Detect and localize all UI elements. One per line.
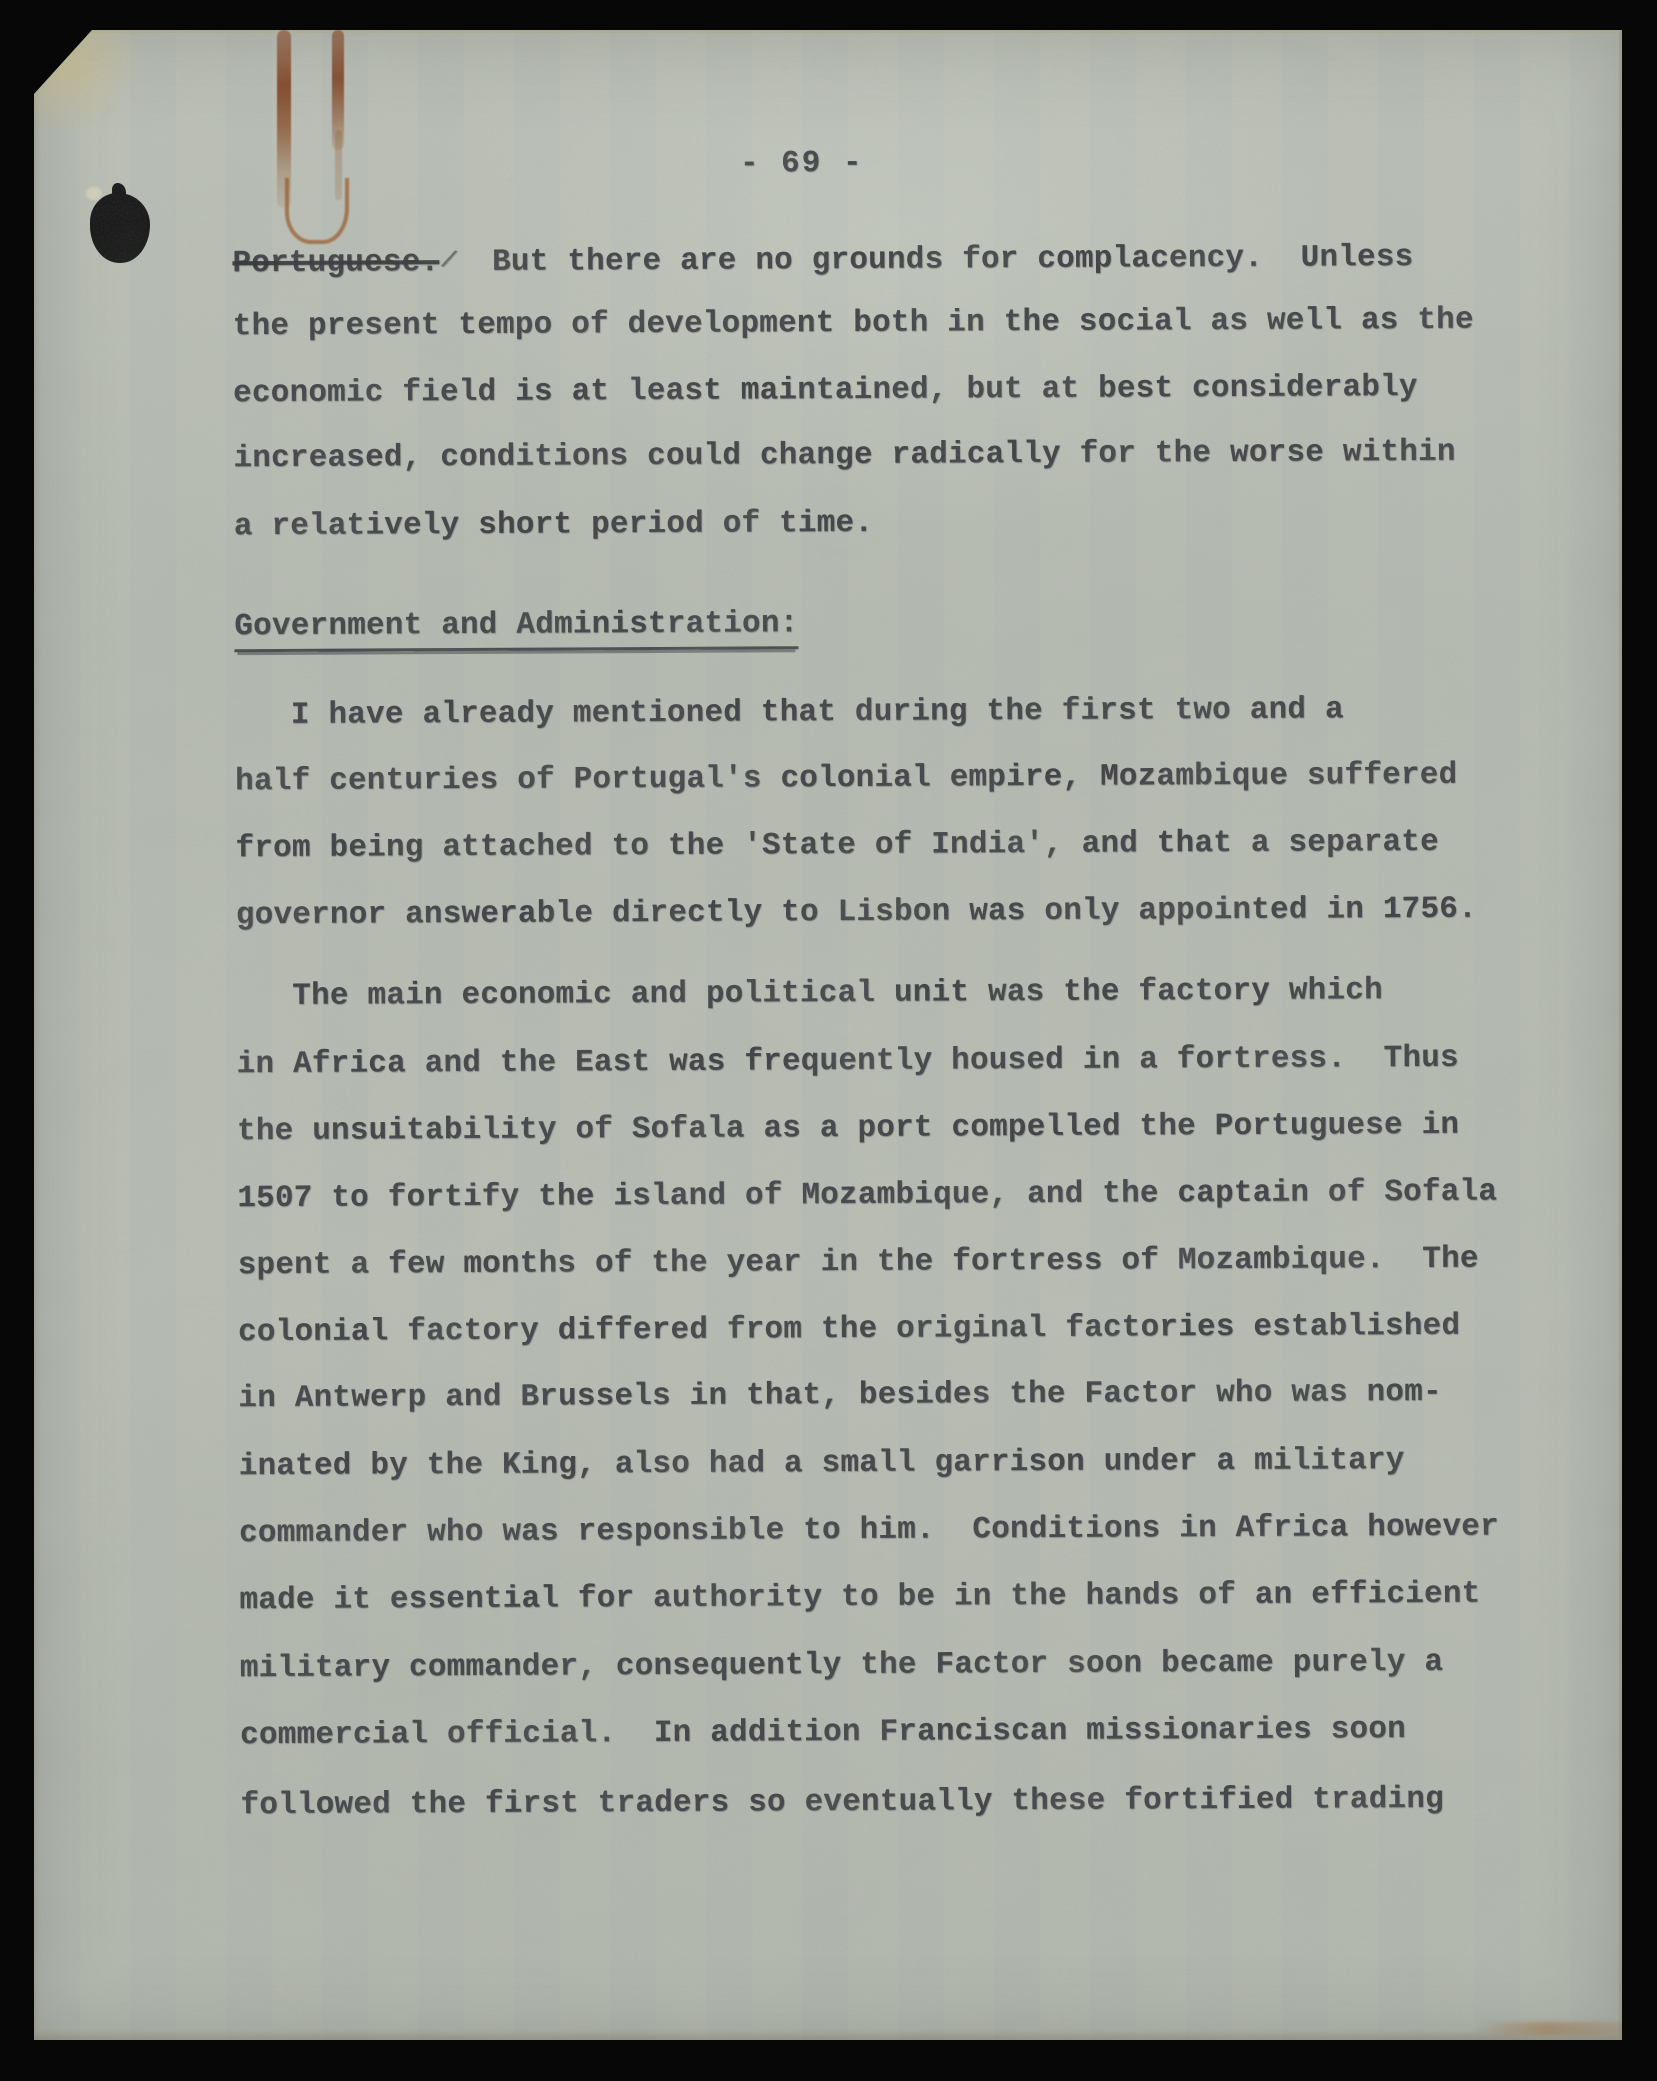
- text-line: spent a few months of the year in the fo…: [238, 1241, 1479, 1285]
- text-segment: military commander, consequently the Fac…: [240, 1645, 1444, 1686]
- document-page: - 69 - Portuguese./ But there are no gro…: [34, 30, 1622, 2040]
- text-segment: in Antwerp and Brussels in that, besides…: [238, 1375, 1442, 1416]
- page-number: - 69 -: [740, 146, 864, 183]
- text-line: colonial factory differed from the origi…: [238, 1308, 1460, 1352]
- text-line: in Africa and the East was frequently ho…: [237, 1040, 1459, 1084]
- text-line: the present tempo of development both in…: [233, 302, 1474, 346]
- text-segment: colonial factory differed from the origi…: [238, 1309, 1460, 1350]
- text-line: the unsuitability of Sofala as a port co…: [237, 1107, 1459, 1151]
- text-line: increased, conditions could change radic…: [233, 434, 1455, 478]
- text-segment: governor answerable directly to Lisbon w…: [236, 892, 1477, 933]
- text-segment: the unsuitability of Sofala as a port co…: [237, 1108, 1459, 1149]
- text-line: a relatively short period of time.: [234, 505, 874, 546]
- scan-background: - 69 - Portuguese./ But there are no gro…: [0, 0, 1657, 2081]
- struck-word: Portuguese.: [232, 245, 439, 281]
- text-line: Portuguese./ But there are no grounds fo…: [232, 239, 1413, 284]
- text-segment: I have already mentioned that during the…: [291, 692, 1344, 733]
- text-segment: from being attached to the 'State of Ind…: [235, 825, 1439, 866]
- text-segment: commander who was responsible to him. Co…: [239, 1510, 1499, 1552]
- text-line: in Antwerp and Brussels in that, besides…: [238, 1374, 1442, 1418]
- text-segment: increased, conditions could change radic…: [233, 435, 1455, 476]
- text-segment: in Africa and the East was frequently ho…: [237, 1041, 1459, 1082]
- text-segment: inated by the King, also had a small gar…: [239, 1443, 1405, 1484]
- text-line: The main economic and political unit was…: [236, 972, 1383, 1016]
- text-line: military commander, consequently the Fac…: [240, 1644, 1444, 1688]
- text-segment: followed the first traders so eventually…: [240, 1782, 1444, 1823]
- text-segment: half centuries of Portugal's colonial em…: [235, 758, 1457, 799]
- text-segment: economic field is at least maintained, b…: [233, 370, 1418, 411]
- text-line: made it essential for authority to be in…: [239, 1576, 1480, 1620]
- heading-text: Government and Administration:: [234, 606, 798, 652]
- text-line: commander who was responsible to him. Co…: [239, 1509, 1499, 1554]
- text-segment: the present tempo of development both in…: [233, 303, 1474, 344]
- text-segment: spent a few months of the year in the fo…: [238, 1242, 1479, 1283]
- text-line: I have already mentioned that during the…: [235, 691, 1344, 735]
- text-line: inated by the King, also had a small gar…: [239, 1442, 1405, 1486]
- text-line: from being attached to the 'State of Ind…: [235, 824, 1439, 868]
- text-line: commercial official. In addition Francis…: [240, 1711, 1406, 1755]
- text-line: governor answerable directly to Lisbon w…: [236, 891, 1477, 935]
- typewritten-text: - 69 - Portuguese./ But there are no gro…: [28, 23, 1627, 2041]
- text-segment: commercial official. In addition Francis…: [240, 1712, 1406, 1753]
- text-segment: The main economic and political unit was…: [292, 973, 1383, 1014]
- text-segment: But there are no grounds for complacency…: [454, 240, 1413, 280]
- text-segment: a relatively short period of time.: [234, 506, 873, 544]
- text-line: 1507 to fortify the island of Mozambique…: [237, 1174, 1497, 1219]
- text-segment: 1507 to fortify the island of Mozambique…: [237, 1175, 1497, 1217]
- text-line: followed the first traders so eventually…: [240, 1781, 1444, 1825]
- text-line: half centuries of Portugal's colonial em…: [235, 757, 1457, 801]
- section-heading: Government and Administration:: [234, 605, 798, 646]
- text-lines: Portuguese./ But there are no grounds fo…: [28, 23, 1616, 31]
- text-segment: made it essential for authority to be in…: [239, 1577, 1480, 1618]
- text-line: economic field is at least maintained, b…: [233, 369, 1418, 413]
